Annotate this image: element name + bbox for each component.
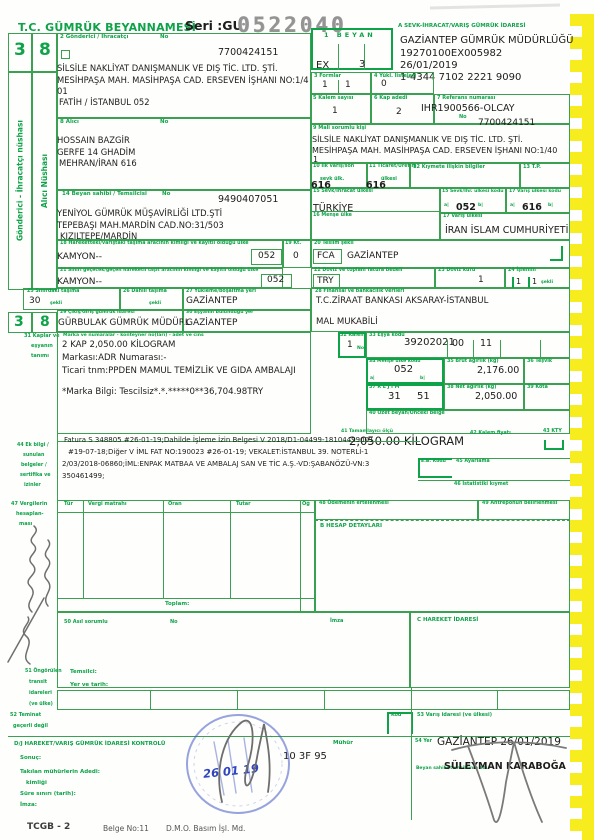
box50-no-label: No [170,620,178,625]
seals-count-label: Takılan mühürlerin Adedi: [20,770,100,776]
box6-value: 2 [396,108,402,117]
box18-label: 18 Hareketteki/varıştaki taşıma aracının… [60,242,249,247]
tax-col-amount: Tutar [236,502,251,507]
box15a-label: 15 Sevk/İhr. ülkesi kodu [442,190,504,195]
box47-label-3: ması [19,522,32,527]
dest-country-code: 616 [522,203,542,213]
section-d-label: D/J HAREKET/VARIŞ GÜMRÜK İDARESİ KONTROL… [14,742,165,748]
seal-label: Mühür [333,741,353,747]
box17a-a: a| [510,204,515,209]
box33-label: 33 Eşya kodu [369,334,405,339]
reference-number: IHR1900566-OLCAY [421,104,515,114]
tax-total-label: Toplam: [165,602,189,608]
documents-line-4: 350461499; [62,473,104,480]
box5-label: 5 Kalem sayısı [313,96,353,101]
margin-handwriting-scribble [8,526,50,664]
place-and-date: GAZİANTEP 26/01/2019 [437,737,561,748]
box7-no-label: No [459,115,467,120]
box42-label: 42 Kalem fiyatı [470,432,511,437]
declaration-type: EX [316,61,329,71]
copy-number-3b: 3 [14,315,24,329]
copy-strip-receiver: Alıcı Nüshası [32,72,57,290]
box44-label-4: sertifika ve [20,474,50,479]
regime-code-1: 31 [388,392,401,402]
commodity-code-2: 00 [452,339,464,349]
seals-id-label: kimliği [26,781,47,787]
consignee-name: HOSSAIN BAZGİR [57,136,130,144]
box51-label-3: idareleri [29,692,52,697]
box3-label: 3 Formlar [314,74,341,79]
box51-transit-cells [57,690,570,710]
box43-bracket [544,440,564,450]
edge-band-solid [582,14,594,840]
box51-label-1: 51 Öngörülen [25,670,62,675]
consignee-city: MEHRAN/İRAN 616 [59,159,137,167]
declaration-type-num: 3 [359,60,365,70]
box17-label: 17 Varış ülkesi [443,215,482,220]
gross-weight: 2,176.00 [477,366,519,376]
sender-name: SİLSİLE NAKLİYAT DANIŞMANLIK VE DIŞ TİC.… [57,64,278,72]
section-c-label: C HAREKET İDARESİ [417,618,478,624]
seal-code: 10 3F 95 [283,752,327,762]
box30-label: 30 Eşyanın bulunduğu yer [186,311,253,316]
box31-marks-label: Marka ve numaralar - konteyner no(ları) … [63,334,204,339]
box15-label: 15 Sevk/İhracat ülkesi [313,190,373,195]
box29-label: 29 Çıkış/Giriş gümrük idaresi [60,311,135,316]
box26-sublabel: şekli [149,302,161,307]
box51-label-2: transit [29,681,47,686]
declarant-name: YENİYOL GÜMRÜK MÜŞAVİRLİĞİ LTD.ŞTİ [57,209,222,217]
box26-label: 26 Dahili taşıma [123,290,167,295]
customs-declaration-document: T.C. GÜMRÜK BEYANNAMESİ Seri :GU 0522040… [0,0,594,840]
box25-sublabel: şekli [50,302,62,307]
tax-col-og: Öğ [302,502,310,507]
transaction-nature-1: 1 [516,278,521,286]
exchange-rate: 1 [478,276,484,285]
loading-place: GAZİANTEP [186,297,237,306]
box8-no-label: No [160,120,168,126]
time-limit-label: Süre sınırı (tarih): [20,792,76,798]
box47-label-1: 47 Vergilerin [11,502,47,507]
sender-address-2: 01 [57,87,68,95]
box21-label: 21 Sınırı geçecek/geçen hareketli taşıt … [60,269,258,274]
exit-office: GÜRBULAK GÜMRÜK MÜDÜRL [58,319,190,328]
box51-label-4: (ve ülke) [29,703,53,708]
section-b-box [315,520,570,612]
stamp-handwritten-date: 26 01 19 [203,763,260,780]
border-transport-mode: KAMYON-- [57,278,102,287]
box27-label: 27 Yükleme/boşaltma yeri [186,290,256,295]
office-date: 26/01/2019 [400,61,458,71]
dest-country: İRAN İSLAM CUMHURİYETİ [445,226,568,236]
copy-number-8b: 8 [40,315,50,329]
box2-no-label: No [160,35,168,41]
fiscal-name: SİLSİLE NAKLİYAT DANIŞMANLIK VE DIŞ TİC.… [312,136,523,144]
box50-principal [57,612,410,688]
signature-field-label: İmza: [20,803,37,809]
box6-label: 6 Kap adedi [374,96,407,101]
sender-tax-no: 7700424151 [218,48,278,58]
box1-label: 1 BEYAN [324,32,376,39]
goods-brand-info: *Marka Bilgi: Tescilsiz*.*.*****0**36,70… [62,388,263,397]
box39-label: 39 Kota [527,386,548,391]
regime-code-2: 51 [417,392,430,402]
box43-label: 43 KTY [543,430,562,435]
box25-label: 25 Sınırdaki taşıma [27,290,79,295]
fiscal-tax-no: 7700424151 [478,119,535,128]
box34-a: a| [370,377,375,382]
origin-country-code: 052 [394,365,413,375]
box36-label: 36 Teşvik [527,360,552,365]
bank-details: T.C.ZİRAAT BANKASI AKSARAY-İSTANBUL [316,297,488,306]
box2-label: 2 Gönderici / İhracatçı [60,35,128,41]
item-number: 1 [347,341,353,350]
goods-marks: Markası:ADR Numarası:- [62,354,166,363]
box19-label: 19 Kt. [285,242,301,247]
serial-prefix: Seri :GU [185,20,243,33]
box52-label-2: geçerli değil [13,724,48,729]
office-section-label: A SEVK-İHRACAT/VARIŞ GÜMRÜK İDARESİ [398,24,525,30]
documents-line-2: #19-07-18;Diğer V İML FAT NO:190023 #26-… [68,449,368,456]
tax-col-type: Tür [64,502,73,507]
box25-value: 30 [29,297,40,306]
box32-label: 32 Kalem [340,334,365,339]
box50-label: 50 Asıl sorumlu [64,620,108,625]
box19-value: 0 [293,252,299,261]
box13-label: 13 T.P. [523,165,541,170]
net-weight: 2,050.00 [475,392,517,402]
fiscal-address: MESİHPAŞA MAH. MASİHPAŞA CAD. ERSEVEN İŞ… [312,147,557,155]
box7-label: 7 Referans numarası [437,96,495,101]
box4-value: 0 [381,80,387,89]
box15a-b: b| [478,204,483,209]
currency-code: TRY [317,277,334,286]
box54-label: 54 Yer [415,740,432,745]
tax-col-base: Vergi matrahı [88,502,127,507]
result-label: Sonuç: [20,756,41,762]
declarant-signature-scribble [452,742,566,822]
officer-signature-scribble [219,721,269,802]
box16-label: 16 Menşe ülke [313,214,352,219]
section-b-label: B HESAP DETAYLARI [320,524,382,530]
box17a-label: 17 Varış ülkesi kodu [509,190,561,195]
sender-city: FATİH / İSTANBUL 052 [59,98,150,106]
box44-label-1: 44 Ek bilgi / [17,444,49,449]
box47-label-2: hesaplan- [16,512,44,517]
box2-checkbox [61,50,70,59]
border-transport-country: 052 [267,276,284,285]
tax-col-rate: Oran [168,502,182,507]
box10-label: 10 İlk varış/son [313,165,354,170]
box40-label: 40 Özet beyan/Önceki belge [369,412,445,417]
box51-agent-label: Temsilci: [70,670,97,676]
footer-form-code: TCGB - 2 [27,823,70,832]
commodity-code-3: 11 [480,339,492,349]
box31-label-2: eşyanın [31,344,53,349]
delivery-term-code: FCA [317,252,335,261]
transaction-nature-2: 1 [532,278,537,286]
box34-b: b| [420,377,425,382]
sender-address-1: MESİHPAŞA MAH. MASİHPAŞA CAD. ERSEVEN İŞ… [57,76,309,84]
box49-label: 49 Antreponun belirlenmesi [482,502,557,507]
box31-label-3: tanımı [31,354,49,359]
office-registration: 19270100EX005982 [400,49,502,59]
box24-sublabel: şekli [541,281,553,286]
documents-line-3: 2/03/2018-06860;İML:ENPAK MATBAA VE AMBA… [62,461,369,468]
declarant-tax-no: 9490407051 [218,195,278,205]
box20-corner-bracket [550,246,563,261]
copy-strip-sender: Gönderici - İhracatçı nüshası [8,72,32,290]
box44-label-3: belgeler / [21,464,47,469]
box3-value-2: 1 [345,81,351,90]
box50-signature-label: İmza [330,619,343,624]
box51-place-date-label: Yer ve tarih: [70,683,108,689]
box14-label: 14 Beyan sahibi / Temsilcisi [62,192,147,198]
box15a-a: a| [444,204,449,209]
box48-label: 48 Ödemenin ertelenmesi [319,502,389,507]
box12-label: 12 Kıymete ilişkin bilgiler [413,165,485,170]
box5-value: 1 [332,107,338,116]
export-country-code: 052 [456,203,476,213]
box28-label: 28 Finansal ve bankacılık verileri [315,290,404,295]
box52-code-label: Kod [391,714,401,719]
box24-label: 24 İşlemin [508,269,536,274]
box14-no-label: No [162,192,170,198]
box45-label: 45 Ayarlama [456,460,490,465]
box8-label: 8 Alıcı [60,120,79,126]
consignee-address: GERFE 14 GHADİM [57,148,135,156]
box44-label-5: izinler [24,484,41,489]
box44-label-2: sunulan [23,454,44,459]
declarant-address: TEPEBAŞI MAH.MARDİN CAD.NO:31/503 [57,221,224,229]
footer-document-no: Belge No:11 [103,825,149,833]
form-title: T.C. GÜMRÜK BEYANNAMESİ [18,22,196,33]
box53-label: 53 Varış idaresi (ve ülkesi) [417,713,492,718]
goods-trade-name: Ticari tnm:PPDEN MAMUL TEMİZLİK VE GIDA … [62,367,296,376]
transport-mode: KAMYON-- [57,253,102,262]
box20-label: 20 Teslim şekli [314,242,354,247]
office-name: GAZİANTEP GÜMRÜK MÜDÜRLÜĞÜ [400,36,573,46]
footer-printer: D.M.O. Basım İşl. Md. [166,825,245,833]
box32-no-label: No [357,347,364,352]
box3-value-1: 1 [322,81,328,90]
box9-label: 9 Mali sorumlu kişi [313,126,366,131]
documents-line-1: Fatura S 348805 #26-01-19;Dahilde İşleme… [64,437,373,444]
box17a-b: b| [548,204,553,209]
box52-label-1: 52 Teminat [10,713,41,718]
box23-label: 23 Döviz kuru [438,269,475,274]
tax-table [57,500,315,612]
goods-packages: 2 KAP 2,050.00 KİLOGRAM [62,341,175,350]
delivery-term-place: GAZİANTEP [347,252,398,261]
goods-location: GAZİANTEP [186,319,237,328]
box46-label: 46 İstatistiki kıymet [454,483,508,488]
eb-code-label: E.B. Kodu [421,460,446,465]
copy-number-8: 8 [39,42,51,59]
payment-method: MAL MUKABİLİ [316,318,378,327]
copy-number-3: 3 [14,42,26,59]
transport-country: 052 [258,252,275,261]
box31-label-1: 31 Kaplar ve [24,334,59,339]
signer-name: SÜLEYMAN KARABOĞA [444,762,566,772]
